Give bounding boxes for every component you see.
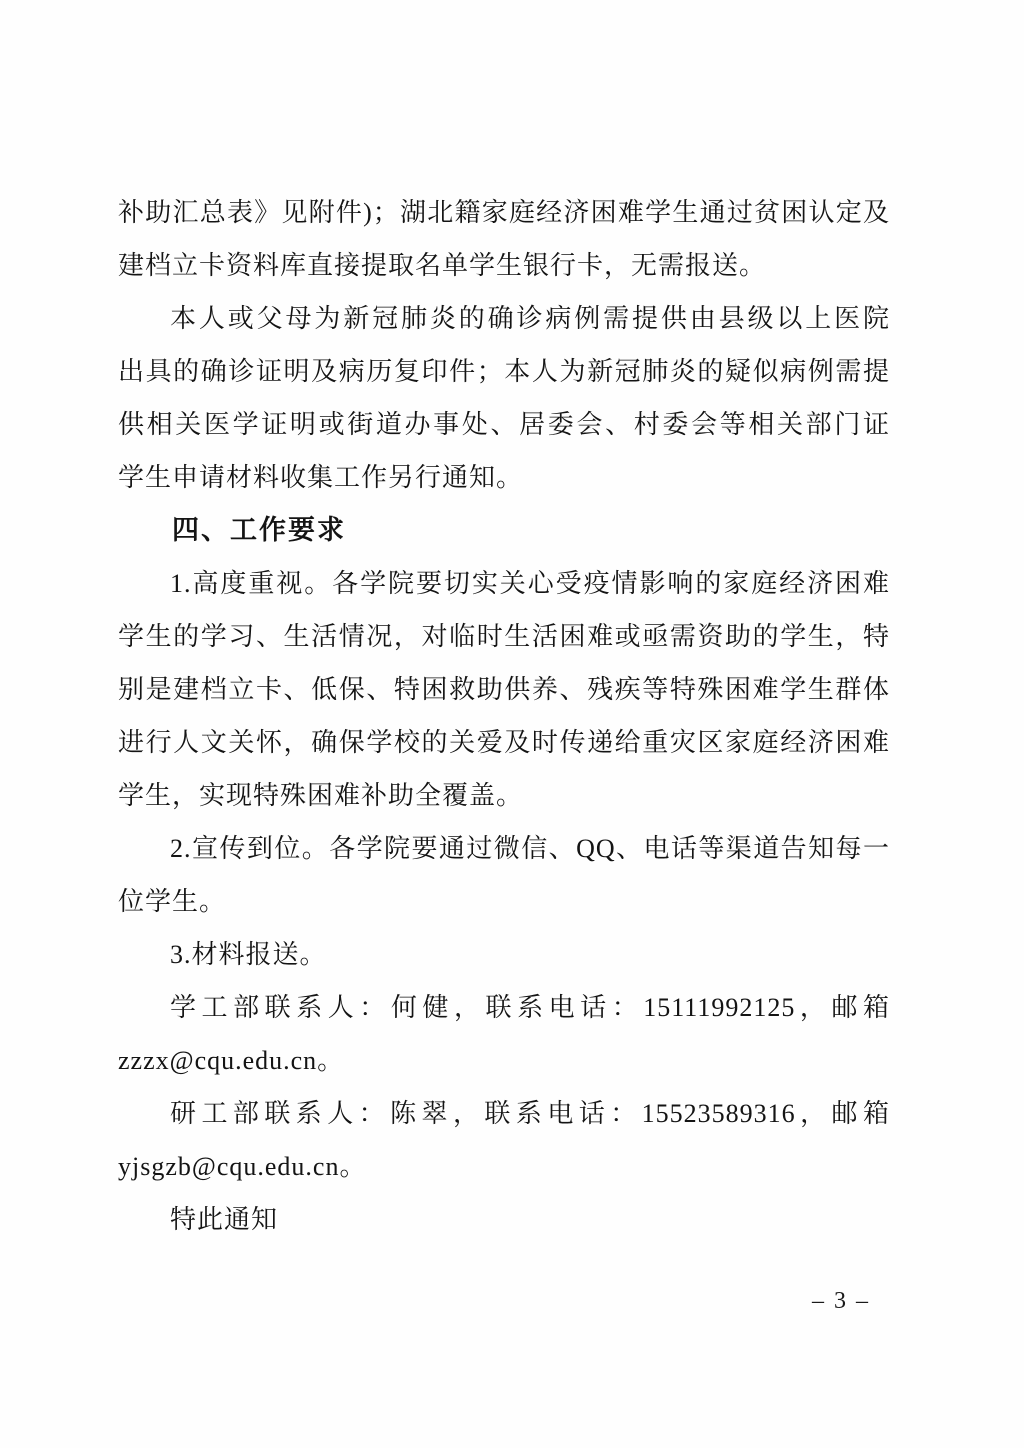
email-line-student-affairs: zzzx@cqu.edu.cn。 — [118, 1034, 890, 1087]
page-number: – 3 – — [812, 1288, 870, 1315]
text-line: 学生，实现特殊困难补助全覆盖。 — [118, 769, 890, 822]
text-line: 补助汇总表》见附件)；湖北籍家庭经济困难学生通过贫困认定及 — [118, 186, 890, 239]
document-body: 补助汇总表》见附件)；湖北籍家庭经济困难学生通过贫困认定及 建档立卡资料库直接提… — [118, 186, 890, 1246]
text-line: 位学生。 — [118, 875, 890, 928]
contact-line-graduate-affairs: 研工部联系人：陈翠，联系电话：15523589316，邮箱 — [118, 1087, 890, 1140]
section-heading-work-requirements: 四、工作要求 — [118, 504, 890, 557]
text-line: 建档立卡资料库直接提取名单学生银行卡，无需报送。 — [118, 239, 890, 292]
text-line: 学生申请材料收集工作另行通知。 — [118, 451, 890, 504]
text-line: 1.高度重视。各学院要切实关心受疫情影响的家庭经济困难 — [118, 557, 890, 610]
closing-line: 特此通知 — [118, 1193, 890, 1246]
document-page: 补助汇总表》见附件)；湖北籍家庭经济困难学生通过贫困认定及 建档立卡资料库直接提… — [0, 0, 1024, 1448]
text-line: 本人或父母为新冠肺炎的确诊病例需提供由县级以上医院 — [118, 292, 890, 345]
text-line: 供相关医学证明或街道办事处、居委会、村委会等相关部门证明。 — [118, 398, 890, 451]
text-line: 别是建档立卡、低保、特困救助供养、残疾等特殊困难学生群体 — [118, 663, 890, 716]
text-line: 出具的确诊证明及病历复印件；本人为新冠肺炎的疑似病例需提 — [118, 345, 890, 398]
contact-line-student-affairs: 学工部联系人：何健，联系电话：15111992125，邮箱 — [118, 981, 890, 1034]
text-line: 2.宣传到位。各学院要通过微信、QQ、电话等渠道告知每一 — [118, 822, 890, 875]
text-line: 学生的学习、生活情况，对临时生活困难或亟需资助的学生，特 — [118, 610, 890, 663]
email-line-graduate-affairs: yjsgzb@cqu.edu.cn。 — [118, 1140, 890, 1193]
text-line: 进行人文关怀，确保学校的关爱及时传递给重灾区家庭经济困难 — [118, 716, 890, 769]
text-line: 3.材料报送。 — [118, 928, 890, 981]
